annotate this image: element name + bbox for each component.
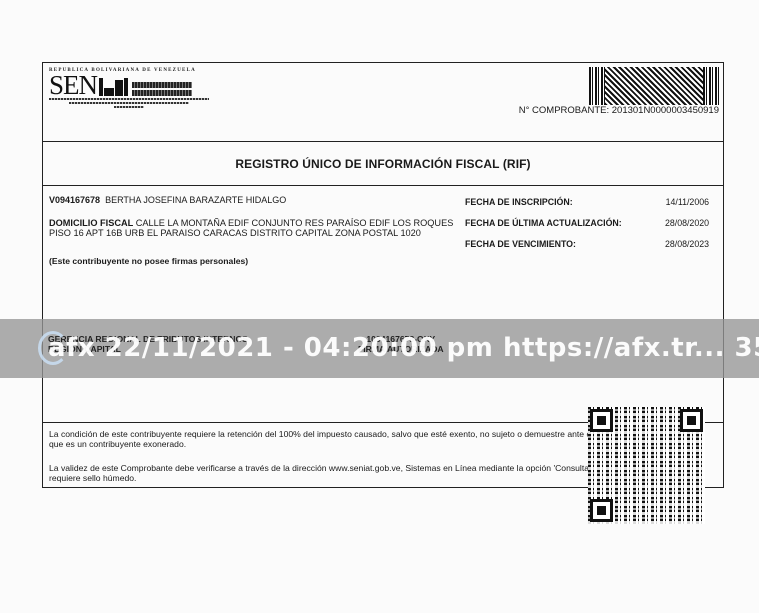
date-inscripcion: FECHA DE INSCRIPCIÓN: 14/11/2006 [465,191,709,212]
date-label: FECHA DE ÚLTIMA ACTUALIZACIÓN: [465,218,622,228]
logo-iat-glyphs [99,78,129,96]
date-value: 28/08/2020 [665,218,709,228]
pdf417-barcode-icon [589,67,719,105]
date-value: 28/08/2023 [665,239,709,249]
date-vencimiento: FECHA DE VENCIMIENTO: 28/08/2023 [465,233,709,254]
date-label: FECHA DE INSCRIPCIÓN: [465,197,573,207]
date-label: FECHA DE VENCIMIENTO: [465,239,576,249]
title-row: REGISTRO ÚNICO DE INFORMACIÓN FISCAL (RI… [43,142,723,186]
taxpayer-section: V094167678 BERTHA JOSEFINA BARAZARTE HID… [43,186,723,423]
date-actualizacion: FECHA DE ÚLTIMA ACTUALIZACIÓN: 28/08/202… [465,212,709,233]
domicilio-label: DOMICILIO FISCAL [49,218,133,228]
taxpayer-name: BERTHA JOSEFINA BARAZARTE HIDALGO [105,195,286,205]
dates-table: FECHA DE INSCRIPCIÓN: 14/11/2006 FECHA D… [465,191,709,254]
qr-code-icon [588,407,705,524]
seniat-logo: REPUBLICA BOLIVARIANA DE VENEZUELA SEN [49,68,219,110]
logo-mark: SEN [49,74,219,96]
fiscal-address: DOMICILIO FISCAL CALLE LA MONTAÑA EDIF C… [49,218,467,238]
document-header: REPUBLICA BOLIVARIANA DE VENEZUELA SEN [43,63,723,142]
rif-and-name: V094167678 BERTHA JOSEFINA BARAZARTE HID… [49,195,286,205]
firmas-note: (Este contribuyente no posee firmas pers… [49,256,248,266]
page: REPUBLICA BOLIVARIANA DE VENEZUELA SEN [0,0,759,613]
logo-stripes [132,82,192,96]
watermark-text: afx 22/11/2021 - 04:20:00 pm https://afx… [48,333,759,363]
comprobante-number: N° COMPROBANTE: 201301N0000003450919 [519,105,719,116]
rif-document: REPUBLICA BOLIVARIANA DE VENEZUELA SEN [42,62,724,488]
rif-number: V094167678 [49,195,100,205]
date-value: 14/11/2006 [666,197,709,207]
document-title: REGISTRO ÚNICO DE INFORMACIÓN FISCAL (RI… [235,157,530,171]
logo-sen-text: SEN [49,74,97,96]
watermark-band: GERENCIA REGIONAL DE TRIBUTOS INTERNOS R… [0,319,759,378]
